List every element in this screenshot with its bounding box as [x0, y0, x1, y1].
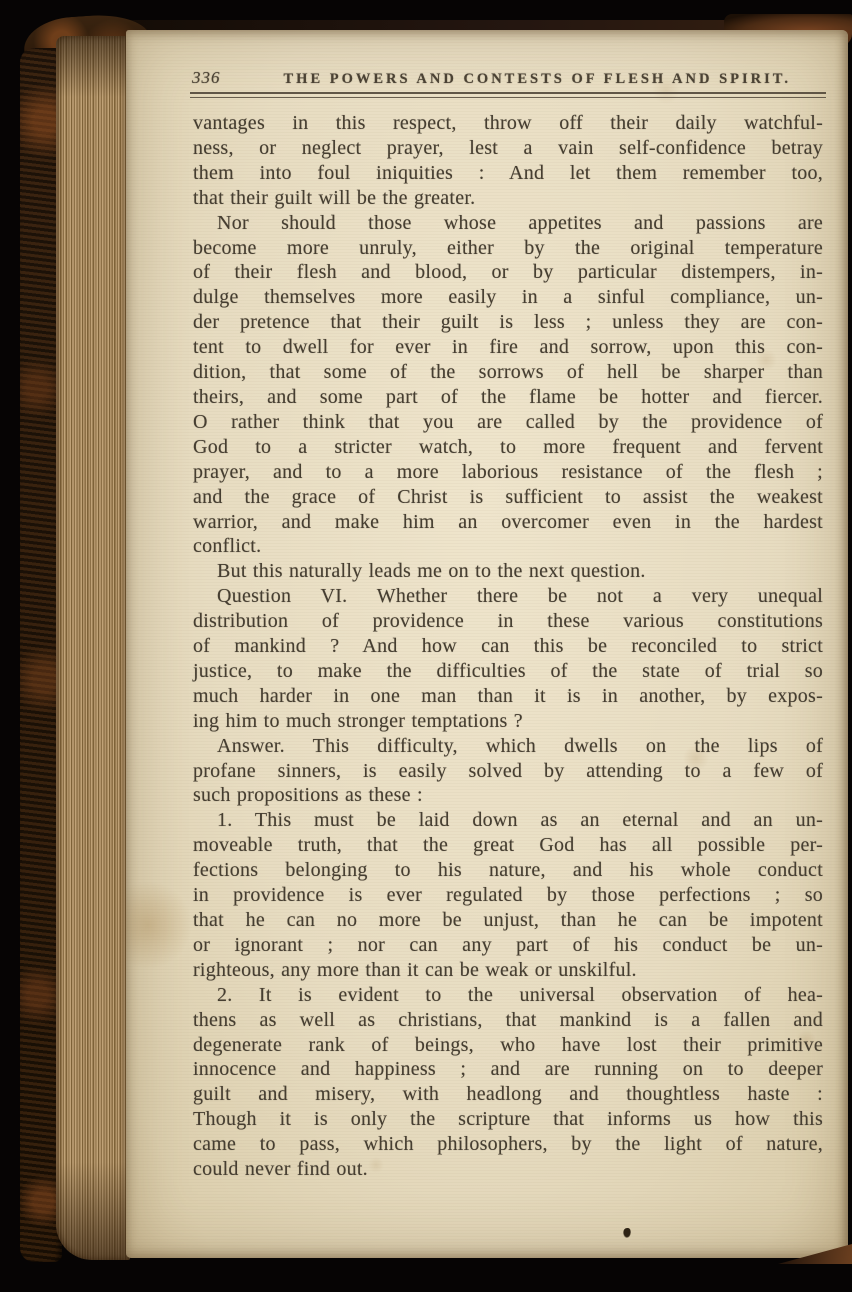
text-line: O rather think that you are called by th…: [193, 410, 823, 435]
header-double-rule: [190, 92, 826, 98]
text-line: ness, or neglect prayer, lest a vain sel…: [193, 136, 823, 161]
text-line: become more unruly, either by the origin…: [193, 236, 823, 261]
text-line: and the grace of Christ is sufficient to…: [193, 485, 823, 510]
text-line: that their guilt will be the greater.: [193, 186, 823, 211]
text-line: Question VI. Whether there be not a very…: [193, 584, 823, 609]
ink-blot-mark: [623, 1228, 631, 1238]
text-line: moveable truth, that the great God has a…: [193, 833, 823, 858]
text-line: dulge themselves more easily in a sinful…: [193, 285, 823, 310]
text-line: ing him to much stronger temptations ?: [193, 709, 823, 734]
text-line: justice, to make the difficulties of the…: [193, 659, 823, 684]
text-line: 2. It is evident to the universal observ…: [193, 983, 823, 1008]
page-text: vantages in this respect, throw off thei…: [193, 111, 823, 1182]
text-line: or ignorant ; nor can any part of his co…: [193, 933, 823, 958]
text-line: guilt and misery, with headlong and thou…: [193, 1082, 823, 1107]
text-line: But this naturally leads me on to the ne…: [193, 559, 823, 584]
fanned-page-edges: [56, 36, 130, 1260]
text-line: warrior, and make him an overcomer even …: [193, 510, 823, 535]
text-line: distribution of providence in these vari…: [193, 609, 823, 634]
text-line: Nor should those whose appetites and pas…: [193, 211, 823, 236]
text-line: God to a stricter watch, to more frequen…: [193, 435, 823, 460]
text-line: in providence is ever regulated by those…: [193, 883, 823, 908]
text-line: righteous, any more than it can be weak …: [193, 958, 823, 983]
running-title: THE POWERS AND CONTESTS OF FLESH AND SPI…: [251, 71, 825, 88]
text-line: them into foul iniquities : And let them…: [193, 161, 823, 186]
text-line: much harder in one man than it is in ano…: [193, 684, 823, 709]
text-line: came to pass, which philosophers, by the…: [193, 1132, 823, 1157]
text-line: could never find out.: [193, 1157, 823, 1182]
page-header: 336 THE POWERS AND CONTESTS OF FLESH AND…: [192, 68, 824, 88]
text-line: degenerate rank of beings, who have lost…: [193, 1033, 823, 1058]
text-line: prayer, and to a more laborious resistan…: [193, 460, 823, 485]
text-line: theirs, and some part of the flame be ho…: [193, 385, 823, 410]
text-line: dition, that some of the sorrows of hell…: [193, 360, 823, 385]
text-line: fections belonging to his nature, and hi…: [193, 858, 823, 883]
text-line: der pretence that their guilt is less ; …: [193, 310, 823, 335]
text-line: of mankind ? And how can this be reconci…: [193, 634, 823, 659]
text-line: innocence and happiness ; and are runnin…: [193, 1057, 823, 1082]
book-page: 336 THE POWERS AND CONTESTS OF FLESH AND…: [126, 30, 848, 1258]
text-line: vantages in this respect, throw off thei…: [193, 111, 823, 136]
page-number: 336: [192, 68, 221, 88]
text-line: Though it is only the scripture that inf…: [193, 1107, 823, 1132]
text-line: 1. This must be laid down as an eternal …: [193, 808, 823, 833]
text-line: profane sinners, is easily solved by att…: [193, 759, 823, 784]
text-line: of their flesh and blood, or by particul…: [193, 260, 823, 285]
text-line: tent to dwell for ever in fire and sorro…: [193, 335, 823, 360]
text-line: that he can no more be unjust, than he c…: [193, 908, 823, 933]
text-line: thens as well as christians, that mankin…: [193, 1008, 823, 1033]
text-line: Answer. This difficulty, which dwells on…: [193, 734, 823, 759]
text-line: conflict.: [193, 534, 823, 559]
text-line: such propositions as these :: [193, 783, 823, 808]
